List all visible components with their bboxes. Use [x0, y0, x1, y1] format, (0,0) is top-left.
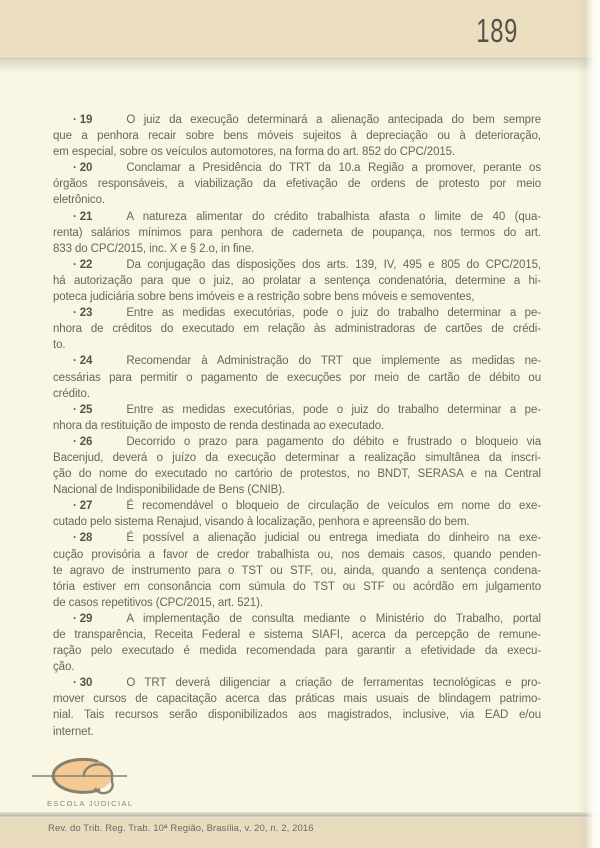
item-line: ·28É possível a alienação judicial ou en…	[53, 530, 541, 546]
bullet-icon: ·	[73, 404, 77, 416]
list-item: ·19O juiz da execução determinará a alie…	[53, 112, 541, 160]
bullet-icon: ·	[73, 162, 77, 174]
list-item: ·21A natureza alimentar do crédito traba…	[53, 209, 541, 257]
item-line: cessárias para permitir o pagamento de e…	[53, 370, 541, 386]
bullet-icon: ·	[73, 677, 77, 689]
item-line: tória estiver em consonância com súmula …	[53, 579, 541, 595]
list-item: ·26Decorrido o prazo para pagamento do d…	[53, 434, 541, 498]
item-number: ·23	[73, 307, 92, 319]
page-header-band: 189	[0, 0, 600, 59]
logo-caption: ESCOLA JUDICIAL	[47, 799, 133, 808]
item-line: ·22Da conjugação das disposições dos art…	[53, 257, 541, 273]
item-line: internet.	[53, 724, 541, 740]
item-number: ·27	[73, 500, 92, 512]
item-number: ·26	[73, 436, 92, 448]
list-item: ·20Conclamar a Presidência do TRT da 10.…	[53, 160, 541, 208]
item-line: de transparência, Receita Federal e sist…	[53, 627, 541, 643]
item-number: ·29	[73, 613, 92, 625]
item-line: ·24Recomendar à Administração do TRT que…	[53, 353, 541, 369]
item-number: ·21	[73, 211, 92, 223]
bullet-icon: ·	[73, 613, 77, 625]
item-line: em especial, sobre os veículos automotor…	[53, 144, 541, 160]
escola-judicial-logo-icon	[32, 757, 142, 799]
item-line: ·25Entre as medidas executórias, pode o …	[53, 402, 541, 418]
item-line: cutado pelo sistema Renajud, visando à l…	[53, 514, 541, 530]
item-line: que a penhora recair sobre bens móveis s…	[53, 128, 541, 144]
item-number: ·19	[73, 114, 92, 126]
item-line: poteca judiciária sobre bens imóveis e a…	[53, 289, 541, 305]
page-fold-shadow	[0, 59, 600, 73]
bullet-icon: ·	[73, 355, 77, 367]
bullet-icon: ·	[73, 211, 77, 223]
list-item: ·30O TRT deverá diligenciar a criação de…	[53, 675, 541, 739]
item-line: crédito.	[53, 386, 541, 402]
item-line: cução provisória a favor de credor traba…	[53, 547, 541, 563]
item-line: nhora da restituição de imposto de renda…	[53, 418, 541, 434]
item-line: nhora de créditos do executado em relaçã…	[53, 321, 541, 337]
item-number: ·28	[73, 532, 92, 544]
item-line: ·26Decorrido o prazo para pagamento do d…	[53, 434, 541, 450]
item-line: to.	[53, 337, 541, 353]
bullet-icon: ·	[73, 114, 77, 126]
item-line: ·27É recomendável o bloqueio de circulaç…	[53, 498, 541, 514]
list-item: ·23Entre as medidas executórias, pode o …	[53, 305, 541, 353]
bullet-icon: ·	[73, 532, 77, 544]
item-number: ·22	[73, 259, 92, 271]
bullet-icon: ·	[73, 436, 77, 448]
item-line: ção do nome do executado no cartório de …	[53, 466, 541, 482]
escola-judicial-logo: ESCOLA JUDICIAL	[32, 757, 142, 809]
item-line: Bacenjud, deverá o juízo da execução det…	[53, 450, 541, 466]
item-line: ·23Entre as medidas executórias, pode o …	[53, 305, 541, 321]
item-line: eletrônico.	[53, 192, 541, 208]
item-line: nial. Tais recursos serão disponibilizad…	[53, 707, 541, 723]
bullet-icon: ·	[73, 307, 77, 319]
list-item: ·29A implementação de consulta mediante …	[53, 611, 541, 675]
footer-band: Rev. do Trib. Reg. Trab. 10ª Região, Bra…	[0, 818, 600, 848]
item-number: ·25	[73, 404, 92, 416]
list-item: ·28É possível a alienação judicial ou en…	[53, 530, 541, 610]
item-line: ·21A natureza alimentar do crédito traba…	[53, 209, 541, 225]
footer-citation: Rev. do Trib. Reg. Trab. 10ª Região, Bra…	[48, 823, 314, 834]
list-item: ·27É recomendável o bloqueio de circulaç…	[53, 498, 541, 530]
item-line: ·30O TRT deverá diligenciar a criação de…	[53, 675, 541, 691]
item-number: ·30	[73, 677, 92, 689]
item-number: ·24	[73, 355, 92, 367]
item-line: órgãos responsáveis, a viabilização da e…	[53, 176, 541, 192]
item-line: de casos repetitivos (CPC/2015, art. 521…	[53, 595, 541, 611]
item-number: ·20	[73, 162, 92, 174]
list-item: ·24Recomendar à Administração do TRT que…	[53, 353, 541, 401]
page-edge-fade	[576, 0, 600, 848]
item-line: ·19O juiz da execução determinará a alie…	[53, 112, 541, 128]
item-line: ção.	[53, 659, 541, 675]
list-item: ·22Da conjugação das disposições dos art…	[53, 257, 541, 305]
item-line: há autorização para que o juiz, ao prola…	[53, 273, 541, 289]
item-line: 833 do CPC/2015, inc. X e § 2.o, in fine…	[53, 241, 541, 257]
item-line: mover cursos de capacitação acerca das p…	[53, 691, 541, 707]
item-line: Nacional de Indisponibilidade de Bens (C…	[53, 482, 541, 498]
list-item: ·25Entre as medidas executórias, pode o …	[53, 402, 541, 434]
items-list: ·19O juiz da execução determinará a alie…	[53, 112, 541, 740]
item-line: ração pelo executado é medida recomendad…	[53, 643, 541, 659]
item-line: renta) salários mínimos para penhora de …	[53, 225, 541, 241]
item-line: ·20Conclamar a Presidência do TRT da 10.…	[53, 160, 541, 176]
bullet-icon: ·	[73, 500, 77, 512]
page-number: 189	[460, 14, 518, 47]
document-page: 189 ·19O juiz da execução determinará a …	[0, 0, 600, 848]
bullet-icon: ·	[73, 259, 77, 271]
item-line: ·29A implementação de consulta mediante …	[53, 611, 541, 627]
item-line: te agravo de instrumento para o TST ou S…	[53, 563, 541, 579]
